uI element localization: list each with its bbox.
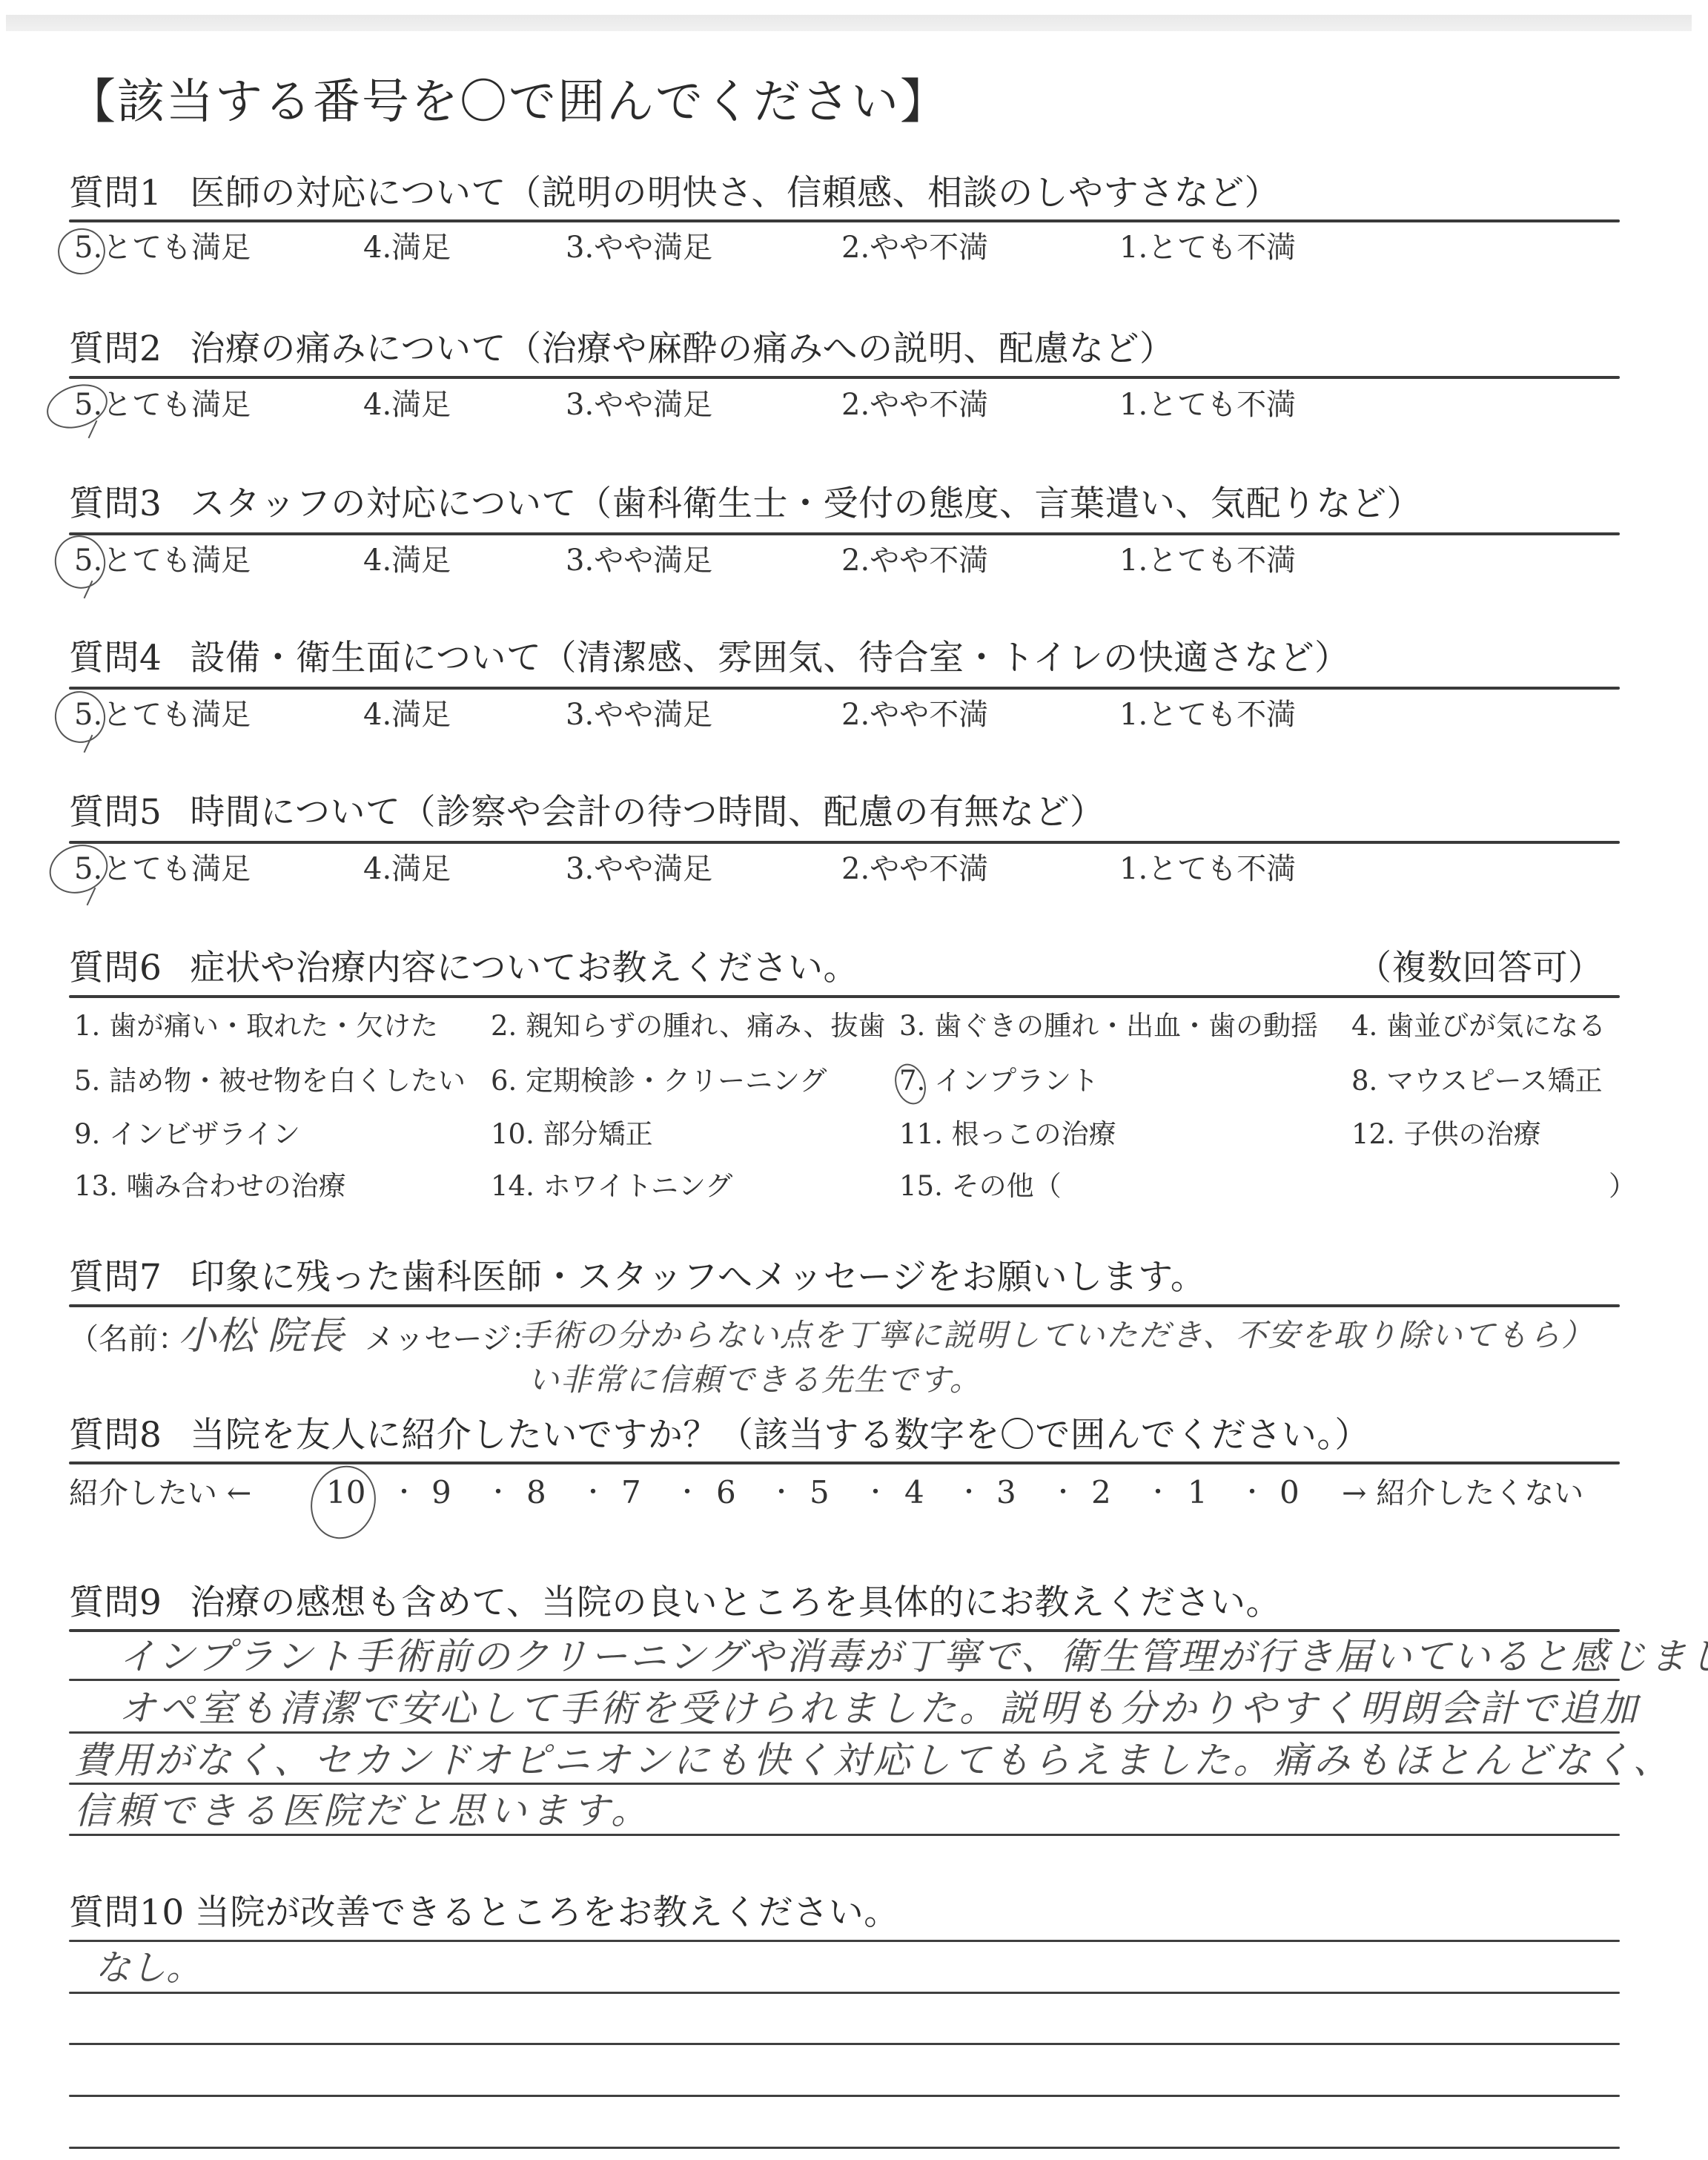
not-recommend-label: → 紹介したくない	[1342, 1476, 1583, 1511]
question-number: 質問5	[69, 792, 162, 833]
ruled-line	[69, 1679, 1620, 1681]
question-text: 印象に残った歯科医師・スタッフへメッセージをお願いします。	[190, 1257, 1205, 1298]
separator: ・	[391, 1474, 417, 1511]
scale-1[interactable]: 1	[1188, 1474, 1208, 1511]
answer-line-1[interactable]: なし。	[95, 1947, 202, 1989]
answer-line-2[interactable]: オペ室も清潔で安心して手術を受けられました。説明も分かりやすく明朗会計で追加	[119, 1686, 1640, 1731]
question-text: 設備・衛生面について（清潔感、雰囲気、待合室・トイレの快適さなど）	[190, 638, 1349, 678]
option-1[interactable]: 1.とても不満	[1119, 543, 1296, 578]
option-1[interactable]: 1.とても不満	[1119, 387, 1296, 423]
separator: ・	[863, 1474, 888, 1511]
question-number: 質問7	[69, 1257, 162, 1298]
separator: ・	[1050, 1474, 1076, 1511]
selection-circle-mark	[300, 1456, 385, 1548]
ruled-line	[69, 2095, 1620, 2097]
ruled-line	[69, 2043, 1620, 2045]
answer-line-3[interactable]: 費用がなく、セカンドオピニオンにも快く対応してもらえました。痛みもほとんどなく、	[74, 1738, 1673, 1783]
separator: ・	[580, 1474, 606, 1511]
question-text: 当院を友人に紹介したいですか？（該当する数字を〇で囲んでください。）	[190, 1415, 1370, 1456]
divider	[69, 995, 1620, 998]
divider	[69, 219, 1620, 222]
q6-item-10[interactable]: 10. 部分矯正	[491, 1118, 653, 1151]
q6-item-15[interactable]: 15. その他（	[899, 1170, 1062, 1203]
divider	[69, 687, 1620, 690]
divider	[69, 1940, 1620, 1942]
question-7-header: 質問7印象に残った歯科医師・スタッフへメッセージをお願いします。	[69, 1257, 1205, 1298]
q6-item-3[interactable]: 3. 歯ぐきの腫れ・出血・歯の動揺	[899, 1010, 1318, 1043]
question-number: 質問1	[69, 173, 162, 214]
q6-item-11[interactable]: 11. 根っこの治療	[899, 1118, 1116, 1151]
q6-item-15-close-paren: ）	[1609, 1170, 1636, 1203]
question-text: 時間について（診察や会計の待つ時間、配慮の有無など）	[190, 792, 1105, 833]
option-1[interactable]: 1.とても不満	[1119, 230, 1296, 265]
option-4[interactable]: 4.満足	[363, 851, 451, 887]
question-2-header: 質問2治療の痛みについて（治療や麻酔の痛みへの説明、配慮など）	[69, 328, 1175, 370]
q6-item-8[interactable]: 8. マウスピース矯正	[1351, 1065, 1603, 1097]
ruled-line	[69, 1834, 1620, 1836]
q6-item-4[interactable]: 4. 歯並びが気になる	[1351, 1010, 1606, 1043]
question-number: 質問2	[69, 328, 162, 369]
divider	[69, 841, 1620, 844]
scale-6[interactable]: 6	[716, 1474, 736, 1511]
question-8-header: 質問8当院を友人に紹介したいですか？（該当する数字を〇で囲んでください。）	[69, 1415, 1370, 1456]
question-text: スタッフの対応について（歯科衛生士・受付の態度、言葉遣い、気配りなど）	[190, 483, 1422, 524]
question-number: 質問10	[69, 1892, 185, 1933]
question-6-header: 質問6症状や治療内容についてお教えください。	[69, 948, 858, 989]
ruled-line	[69, 2147, 1620, 2149]
q6-item-5[interactable]: 5. 詰め物・被せ物を白くしたい	[74, 1065, 466, 1097]
separator: ・	[675, 1474, 700, 1511]
q6-item-1[interactable]: 1. 歯が痛い・取れた・欠けた	[74, 1010, 438, 1043]
divider	[69, 1304, 1620, 1307]
q6-item-9[interactable]: 9. インビザライン	[74, 1118, 300, 1151]
option-4[interactable]: 4.満足	[363, 697, 451, 733]
option-2[interactable]: 2.やや不満	[841, 387, 988, 423]
separator: ・	[1145, 1474, 1171, 1511]
selection-circle-mark	[41, 377, 113, 435]
option-3[interactable]: 3.やや満足	[566, 230, 712, 265]
q6-item-13[interactable]: 13. 噛み合わせの治療	[74, 1170, 346, 1203]
separator: ・	[1239, 1474, 1265, 1511]
selection-circle-mark	[43, 837, 114, 901]
question-number: 質問9	[69, 1582, 162, 1623]
question-9-header: 質問9治療の感想も含めて、当院の良いところを具体的にお教えください。	[69, 1582, 1281, 1624]
question-number: 質問3	[69, 483, 162, 524]
scale-2[interactable]: 2	[1091, 1474, 1111, 1511]
recommend-label: 紹介したい ←	[69, 1476, 251, 1511]
q6-item-6[interactable]: 6. 定期検診・クリーニング	[491, 1065, 827, 1097]
option-1[interactable]: 1.とても不満	[1119, 851, 1296, 887]
scale-7[interactable]: 7	[621, 1474, 641, 1511]
ruled-line	[69, 1783, 1620, 1785]
separator: ・	[956, 1474, 982, 1511]
question-1-header: 質問1医師の対応について（説明の明快さ、信頼感、相談のしやすさなど）	[69, 173, 1280, 214]
question-number: 質問6	[69, 948, 162, 988]
scan-edge-bar	[6, 15, 1692, 31]
scale-4[interactable]: 4	[904, 1474, 924, 1511]
selection-circle-mark	[48, 529, 113, 595]
q6-item-2[interactable]: 2. 親知らずの腫れ、痛み、抜歯	[491, 1010, 886, 1043]
option-3[interactable]: 3.やや満足	[566, 387, 712, 423]
answer-line-1[interactable]: インプラント手術前のクリーニングや消毒が丁寧で、衛生管理が行き届いていると感じま…	[119, 1634, 1708, 1679]
divider	[69, 1629, 1620, 1632]
scale-9[interactable]: 9	[431, 1474, 451, 1511]
question-text: 治療の感想も含めて、当院の良いところを具体的にお教えください。	[190, 1582, 1281, 1623]
question-text: 治療の痛みについて（治療や麻酔の痛みへの説明、配慮など）	[190, 328, 1174, 369]
name-label: （名前：	[69, 1321, 188, 1357]
multiple-answers-note: （複数回答可）	[1357, 948, 1603, 989]
option-3[interactable]: 3.やや満足	[566, 697, 712, 733]
message-label: メッセージ：	[365, 1321, 541, 1357]
separator: ・	[486, 1474, 511, 1511]
ruled-line	[69, 1992, 1620, 1994]
answer-line-4[interactable]: 信頼できる医院だと思います。	[74, 1789, 652, 1833]
scale-0[interactable]: 0	[1280, 1474, 1300, 1511]
option-4[interactable]: 4.満足	[363, 543, 451, 578]
ruled-line	[69, 1731, 1620, 1734]
q6-item-12[interactable]: 12. 子供の治療	[1351, 1118, 1541, 1151]
question-5-header: 質問5時間について（診察や会計の待つ時間、配慮の有無など）	[69, 792, 1105, 833]
option-2[interactable]: 2.やや不満	[841, 543, 988, 578]
option-4[interactable]: 4.満足	[363, 387, 451, 423]
question-text: 当院が改善できるところをお教えください。	[195, 1892, 899, 1933]
question-text: 症状や治療内容についてお教えください。	[190, 948, 858, 988]
scale-8[interactable]: 8	[526, 1474, 546, 1511]
message-line-1[interactable]: 手術の分からない点を丁寧に説明していただき、不安を取り除いてもら）	[519, 1317, 1594, 1354]
option-3[interactable]: 3.やや満足	[566, 543, 712, 578]
question-4-header: 質問4設備・衛生面について（清潔感、雰囲気、待合室・トイレの快適さなど）	[69, 638, 1350, 679]
option-2[interactable]: 2.やや不満	[841, 851, 988, 887]
scale-3[interactable]: 3	[996, 1474, 1016, 1511]
name-value[interactable]: 小松 院長	[178, 1314, 345, 1358]
option-3[interactable]: 3.やや満足	[566, 851, 712, 887]
option-2[interactable]: 2.やや不満	[841, 230, 988, 265]
option-4[interactable]: 4.満足	[363, 230, 451, 265]
divider	[69, 532, 1620, 535]
selection-circle-mark	[48, 684, 112, 750]
question-10-header: 質問10当院が改善できるところをお教えください。	[69, 1892, 899, 1934]
separator: ・	[769, 1474, 794, 1511]
page-title: 【該当する番号を〇で囲んでください】	[68, 74, 949, 131]
message-line-2[interactable]: い非常に信頼できる先生です。	[528, 1361, 982, 1398]
q6-item-7[interactable]: 7. インプラント	[899, 1065, 1099, 1097]
option-1[interactable]: 1.とても不満	[1119, 697, 1296, 733]
q6-item-14[interactable]: 14. ホワイトニング	[491, 1170, 732, 1203]
divider	[69, 1462, 1620, 1464]
question-number: 質問4	[69, 638, 162, 678]
option-2[interactable]: 2.やや不満	[841, 697, 988, 733]
question-text: 医師の対応について（説明の明快さ、信頼感、相談のしやすさなど）	[190, 173, 1280, 214]
question-3-header: 質問3スタッフの対応について（歯科衛生士・受付の態度、言葉遣い、気配りなど）	[69, 483, 1422, 525]
divider	[69, 376, 1620, 379]
question-number: 質問8	[69, 1415, 162, 1456]
scale-5[interactable]: 5	[810, 1474, 830, 1511]
